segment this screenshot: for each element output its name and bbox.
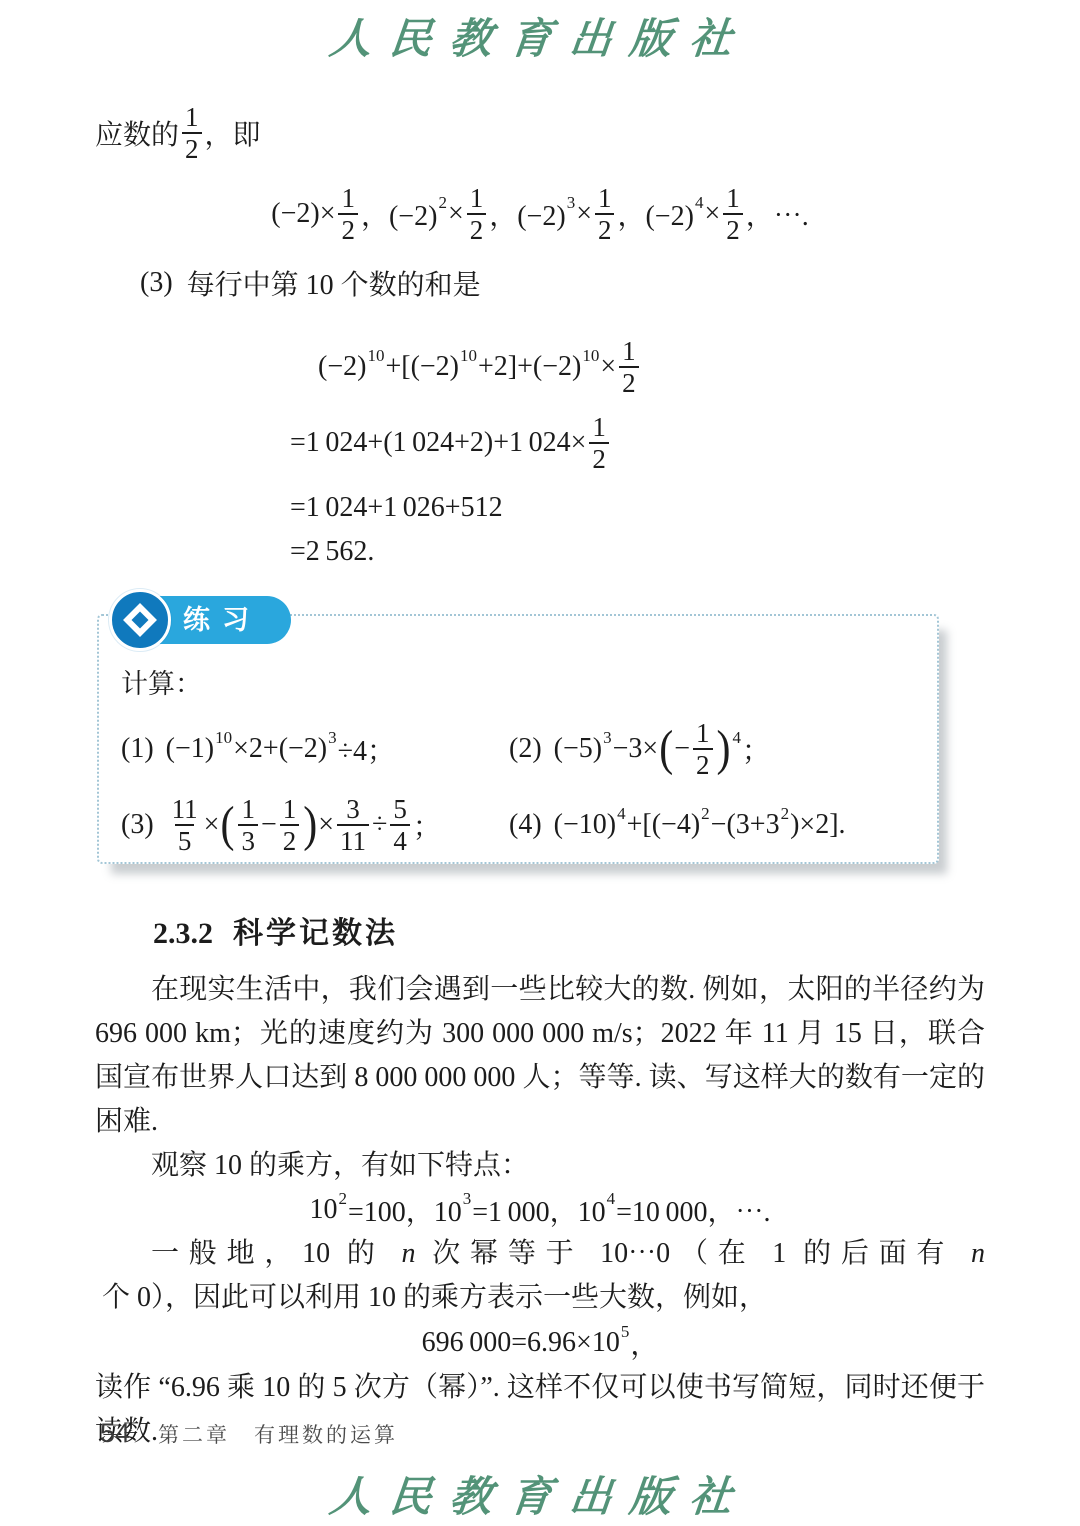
page-content: 应数的12，即 (−2)×12，(−2)2×12，(−2)3×12，(−2)4×…: [95, 0, 985, 1454]
math-token: 12: [693, 718, 713, 780]
math-token: ×: [576, 198, 592, 230]
publisher-watermark-top: 人民教育出版社: [0, 6, 1080, 66]
practice-prompt: 计算：: [121, 662, 937, 701]
problem-4-number: (4): [509, 809, 542, 841]
problem-2: (2) (−5)3−3×(−12)4；: [509, 717, 937, 781]
math-token: =2 562.: [290, 536, 374, 568]
math-token: 13: [238, 794, 258, 856]
math-token: 12: [467, 183, 487, 245]
practice-badge-circle: [109, 589, 171, 651]
powers-of-ten-formula: 102=100，103=1 000，104=10 000，⋯.: [95, 1188, 985, 1232]
math-token: 4: [607, 1189, 616, 1209]
math-token: ×: [318, 809, 334, 841]
math-token: +[(−4): [627, 809, 701, 841]
math-token: 2: [338, 1189, 347, 1209]
math-token: 2: [438, 193, 447, 213]
sequence-formula-row: (−2)×12，(−2)2×12，(−2)3×12，(−2)4×12，⋯.: [95, 180, 985, 248]
page-number: 54: [100, 1418, 130, 1449]
textbook-page: 人民教育出版社 应数的12，即 (−2)×12，(−2)2×12，(−2)3×1…: [0, 0, 1080, 1526]
math-token: (−10): [554, 809, 616, 841]
math-token: ；: [742, 729, 770, 769]
math-token: ；: [413, 805, 441, 845]
math-token: =10 000，⋯.: [616, 1190, 770, 1230]
problem-2-number: (2): [509, 733, 542, 765]
math-token: 3: [567, 193, 576, 213]
math-token: 一般地，10 的: [151, 1238, 401, 1269]
practice-badge: 练习: [109, 589, 291, 651]
math-token: ，: [630, 1323, 658, 1363]
problem-1-number: (1): [121, 733, 154, 765]
math-token: 12: [280, 794, 300, 856]
math-token: ×: [448, 198, 464, 230]
math-token: ，(−2): [617, 194, 693, 234]
math-token: 311: [337, 794, 369, 856]
math-token: ×: [704, 198, 720, 230]
practice-badge-label: 练习: [151, 596, 291, 644]
equation-block: (−2)10+[(−2)10+2]+(−2)10×12 =1 024+(1 02…: [290, 332, 985, 574]
math-token: n: [401, 1238, 415, 1269]
math-token: 12: [589, 412, 609, 474]
math-token: (: [220, 800, 234, 850]
math-token: (−2)×: [271, 198, 335, 230]
equation-line-3: =1 024+1 026+512: [290, 486, 985, 530]
math-token: 10: [309, 1194, 337, 1226]
problem-1: (1) (−1)10×2+(−2)3÷4；: [121, 717, 509, 781]
diamond-pen-icon: [123, 603, 157, 637]
section-heading: 2.3.2 科学记数法: [153, 908, 985, 952]
math-token: n: [971, 1238, 985, 1269]
math-token: 次幂等于 10⋯0（在 1 的后面有: [415, 1238, 971, 1269]
math-token: 3: [328, 728, 337, 748]
paragraph-observe-powers: 观察 10 的乘方，有如下特点：: [95, 1144, 985, 1188]
math-token: 3: [603, 728, 612, 748]
math-token: 个 0），因此可以利用 10 的乘方表示一些大数，例如，: [95, 1282, 767, 1313]
practice-problems: (1) (−1)10×2+(−2)3÷4； (2) (−5)3−3×(−12)4…: [121, 717, 937, 857]
section-title: 科学记数法: [233, 908, 398, 952]
math-token: =1 024+1 026+512: [290, 492, 503, 524]
math-token: )×2].: [790, 809, 845, 841]
equation-line-4: =2 562.: [290, 530, 985, 574]
problem-3: (3) 115×(13−12)×311÷54；: [121, 793, 509, 857]
math-token: 2: [701, 804, 710, 824]
math-token: 4: [617, 804, 626, 824]
math-token: 12: [338, 183, 358, 245]
math-token: =1 000，10: [472, 1190, 605, 1230]
math-token: 12: [182, 102, 202, 164]
math-token: =100，10: [348, 1190, 462, 1230]
math-token: 10: [367, 346, 384, 366]
equation-line-1: (−2)10+[(−2)10+2]+(−2)10×12: [290, 332, 985, 402]
math-token: −: [674, 733, 690, 765]
math-token: ×: [204, 809, 220, 841]
math-token: ÷: [372, 809, 387, 841]
item-3-text: 每行中第 10 个数的和是: [187, 263, 481, 303]
item-3-number: (3): [140, 267, 173, 299]
math-token: 3: [463, 1189, 472, 1209]
math-token: ×: [600, 351, 616, 383]
problem-3-number: (3): [121, 809, 154, 841]
math-token: 12: [595, 183, 615, 245]
math-token: −3×: [613, 733, 659, 765]
math-token: 10: [582, 346, 599, 366]
problem-1-expression: (−1)10×2+(−2)3÷4；: [166, 729, 395, 769]
math-token: ，(−2): [361, 194, 437, 234]
math-token: 5: [621, 1322, 630, 1342]
math-token: 10: [215, 728, 232, 748]
paragraph-large-numbers: 在现实生活中，我们会遇到一些比较大的数. 例如，太阳的半径约为 696 000 …: [95, 968, 985, 1144]
continued-text-line: 应数的12，即: [95, 100, 985, 166]
math-token: +[(−2): [385, 351, 459, 383]
publisher-watermark-bottom: 人民教育出版社: [0, 1464, 1080, 1524]
problem-4-expression: (−10)4+[(−4)2−(3+32)×2].: [554, 809, 846, 841]
math-token: (−1): [166, 733, 214, 765]
math-token: (−5): [554, 733, 602, 765]
problem-4: (4) (−10)4+[(−4)2−(3+32)×2].: [509, 793, 937, 857]
math-token: 696 000=6.96×10: [422, 1327, 620, 1359]
math-token: 4: [733, 728, 742, 748]
chapter-title: 第二章 有理数的运算: [158, 1419, 398, 1449]
practice-box: 练习 计算： (1) (−1)10×2+(−2)3÷4； (2) (−5)3−3…: [97, 614, 939, 864]
math-token: 115: [169, 794, 201, 856]
item-3-line: (3) 每行中第 10 个数的和是: [95, 262, 985, 304]
math-token: ，(−2): [489, 194, 565, 234]
math-token: 2: [781, 804, 790, 824]
math-token: +2]+(−2): [478, 351, 581, 383]
math-token: −(3+3: [711, 809, 780, 841]
paragraph-general-rule: 一般地，10 的 n 次幂等于 10⋯0（在 1 的后面有 n 个 0），因此可…: [95, 1232, 985, 1320]
equation-line-2: =1 024+(1 024+2)+1 024×12: [290, 408, 985, 478]
math-token: 4: [695, 193, 704, 213]
math-token: −: [261, 809, 277, 841]
section-number: 2.3.2: [153, 917, 213, 951]
math-token: 54: [390, 794, 410, 856]
scientific-notation-example: 696 000=6.96×105，: [95, 1320, 985, 1366]
math-token: ): [717, 724, 731, 774]
math-token: =1 024+(1 024+2)+1 024×: [290, 427, 586, 459]
math-token: (: [659, 724, 673, 774]
math-token: ×2+(−2): [233, 733, 327, 765]
math-token: (−2): [318, 351, 366, 383]
problem-2-expression: (−5)3−3×(−12)4；: [554, 718, 770, 780]
page-footer: 54 第二章 有理数的运算: [100, 1418, 398, 1449]
math-token: ): [303, 800, 317, 850]
math-token: ，即: [205, 113, 261, 153]
problem-3-expression: 115×(13−12)×311÷54；: [166, 794, 441, 856]
math-token: ，⋯.: [746, 194, 809, 234]
math-token: 12: [723, 183, 743, 245]
math-token: 应数的: [95, 113, 179, 153]
math-token: 12: [619, 336, 639, 398]
math-token: 10: [460, 346, 477, 366]
math-token: ÷4；: [338, 729, 395, 769]
